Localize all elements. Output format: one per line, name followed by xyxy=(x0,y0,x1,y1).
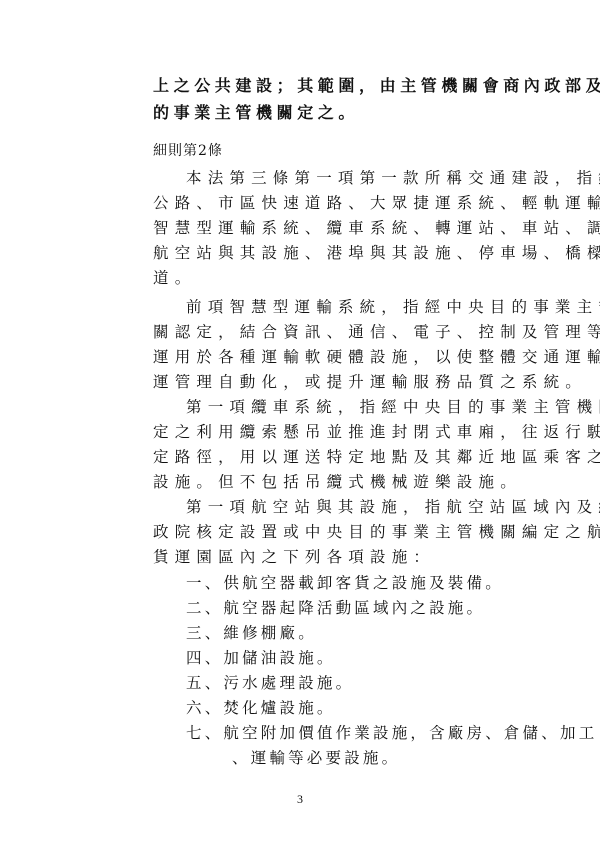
list-item-3: 三、維修棚廠。 xyxy=(186,623,566,643)
continuation-line-1: 上之公共建設；其範圍，由主管機關會商內政部及中央目 xyxy=(153,76,533,96)
document-page: 上之公共建設；其範圍，由主管機關會商內政部及中央目 的事業主管機關定之。 細則第… xyxy=(0,0,600,848)
article-heading: 細則第2條 xyxy=(153,141,533,161)
list-item-6: 六、焚化爐設施。 xyxy=(186,698,566,718)
list-item-2: 二、航空器起降活動區域內之設施。 xyxy=(186,598,566,618)
paragraph-2-line-4: 運管理自動化，或提升運輸服務品質之系統。 xyxy=(153,372,533,392)
page-number: 3 xyxy=(0,792,600,807)
list-item-7-continuation: 、運輸等必要設施。 xyxy=(232,748,600,768)
paragraph-1-line-5: 道。 xyxy=(153,268,533,288)
paragraph-4-line-3: 貨運園區內之下列各項設施： xyxy=(153,547,533,567)
continuation-line-2: 的事業主管機關定之。 xyxy=(153,103,533,123)
paragraph-3-line-3: 定路徑，用以運送特定地點及其鄰近地區乘客之運輸 xyxy=(153,447,533,467)
list-item-5: 五、污水處理設施。 xyxy=(186,673,566,693)
paragraph-2-line-2: 關認定，結合資訊、通信、電子、控制及管理等技術 xyxy=(153,322,533,342)
paragraph-1-line-3: 智慧型運輸系統、纜車系統、轉運站、車站、調度站、 xyxy=(153,218,533,238)
list-item-4: 四、加儲油設施。 xyxy=(186,648,566,668)
paragraph-2-line-3: 運用於各種運輸軟硬體設施，以使整體交通運輸之營 xyxy=(153,347,533,367)
paragraph-1-line-2: 公路、市區快速道路、大眾捷運系統、輕軌運輸系統、 xyxy=(153,193,533,213)
paragraph-2-line-1: 前項智慧型運輸系統，指經中央目的事業主管機 xyxy=(186,297,566,317)
paragraph-3-line-1: 第一項纜車系統，指經中央目的事業主管機關認 xyxy=(186,397,566,417)
paragraph-4-line-1: 第一項航空站與其設施，指航空站區域內及經行 xyxy=(186,497,566,517)
list-item-1: 一、供航空器載卸客貨之設施及裝備。 xyxy=(186,573,566,593)
paragraph-4-line-2: 政院核定設置或中央目的事業主管機關編定之航空客、 xyxy=(153,522,533,542)
paragraph-1-line-4: 航空站與其設施、港埠與其設施、停車場、橋樑及隧 xyxy=(153,243,533,263)
paragraph-1-line-1: 本法第三條第一項第一款所稱交通建設，指鐵路、 xyxy=(186,168,566,188)
list-item-7: 七、航空附加價值作業設施，含廠房、倉儲、加工 xyxy=(186,723,566,743)
paragraph-3-line-2: 定之利用纜索懸吊並推進封閉式車廂，往返行駛於固 xyxy=(153,422,533,442)
paragraph-3-line-4: 設施。但不包括吊纜式機械遊樂設施。 xyxy=(153,472,533,492)
